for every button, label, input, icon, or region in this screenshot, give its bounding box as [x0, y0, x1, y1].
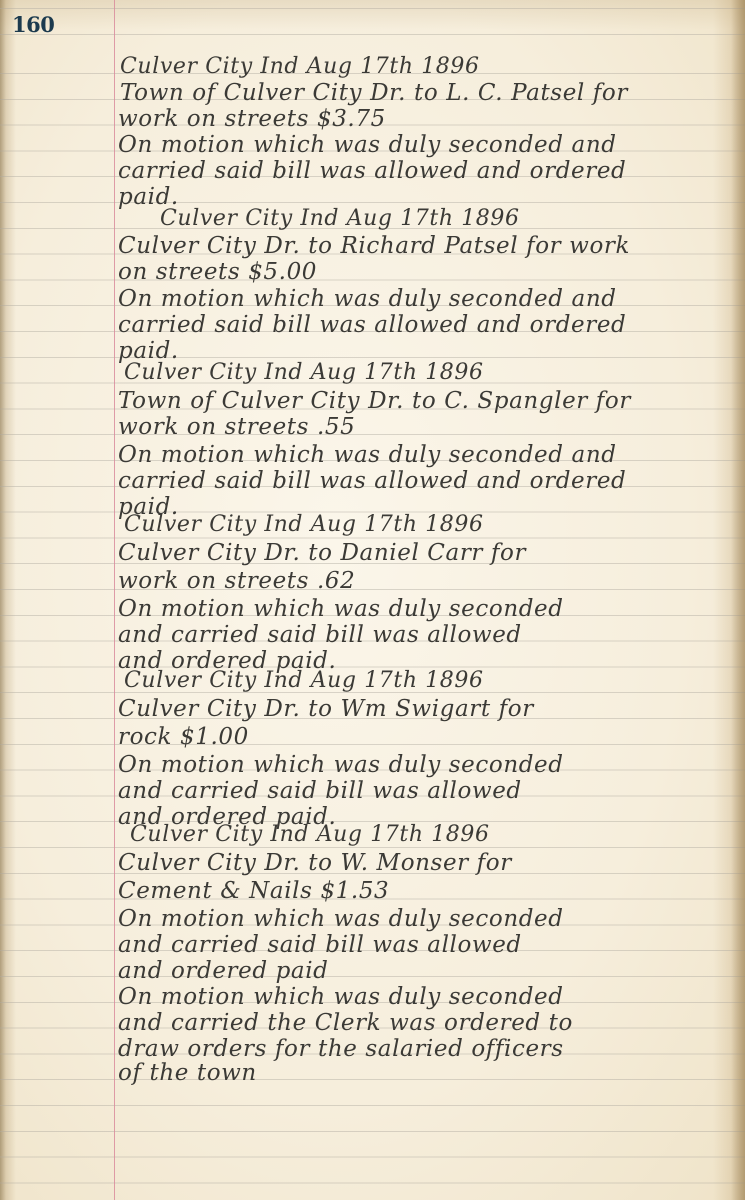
- motion-line: On motion which was duly seconded: [118, 596, 564, 622]
- motion-line: carried said bill was allowed and ordere…: [118, 158, 626, 184]
- motion-line: carried said bill was allowed and ordere…: [118, 468, 626, 494]
- closing-motion-line: draw orders for the salaried officers: [118, 1036, 564, 1062]
- entry-heading: Culver City Ind Aug 17th 1896: [130, 822, 490, 847]
- ledger-page: 160 Culver City Ind Aug 17th 1896 Town o…: [0, 0, 745, 1200]
- bill-line: work on streets .62: [118, 568, 355, 594]
- bill-line: Town of Culver City Dr. to L. C. Patsel …: [120, 80, 628, 106]
- bill-line: work on streets .55: [118, 414, 355, 440]
- bill-line: Culver City Dr. to Richard Patsel for wo…: [118, 233, 630, 259]
- motion-line: On motion which was duly seconded and: [118, 286, 617, 312]
- bill-line: on streets $5.00: [118, 259, 317, 285]
- closing-motion-line: On motion which was duly seconded: [118, 984, 564, 1010]
- motion-line: and carried said bill was allowed: [118, 778, 522, 804]
- minutes-entries: Culver City Ind Aug 17th 1896 Town of Cu…: [0, 0, 745, 1200]
- bill-line: rock $1.00: [118, 724, 249, 750]
- motion-line: carried said bill was allowed and ordere…: [118, 312, 626, 338]
- entry-heading: Culver City Ind Aug 17th 1896: [124, 360, 484, 385]
- bill-line: Culver City Dr. to Daniel Carr for: [118, 540, 526, 566]
- motion-line: and ordered paid: [118, 958, 329, 984]
- motion-line: On motion which was duly seconded and: [118, 132, 617, 158]
- entry-heading: Culver City Ind Aug 17th 1896: [124, 668, 484, 693]
- closing-motion-line: and carried the Clerk was ordered to: [118, 1010, 573, 1036]
- motion-line: On motion which was duly seconded: [118, 752, 564, 778]
- bill-line: work on streets $3.75: [118, 106, 386, 132]
- motion-line: On motion which was duly seconded: [118, 906, 564, 932]
- bill-line: Cement & Nails $1.53: [118, 878, 389, 904]
- bill-line: Town of Culver City Dr. to C. Spangler f…: [118, 388, 631, 414]
- bill-line: Culver City Dr. to Wm Swigart for: [118, 696, 534, 722]
- entry-heading: Culver City Ind Aug 17th 1896: [160, 206, 520, 231]
- entry-heading: Culver City Ind Aug 17th 1896: [124, 512, 484, 537]
- closing-motion-line: of the town: [118, 1060, 257, 1086]
- motion-line: and carried said bill was allowed: [118, 622, 522, 648]
- motion-line: On motion which was duly seconded and: [118, 442, 617, 468]
- entry-heading: Culver City Ind Aug 17th 1896: [120, 54, 480, 79]
- bill-line: Culver City Dr. to W. Monser for: [118, 850, 512, 876]
- motion-line: and carried said bill was allowed: [118, 932, 522, 958]
